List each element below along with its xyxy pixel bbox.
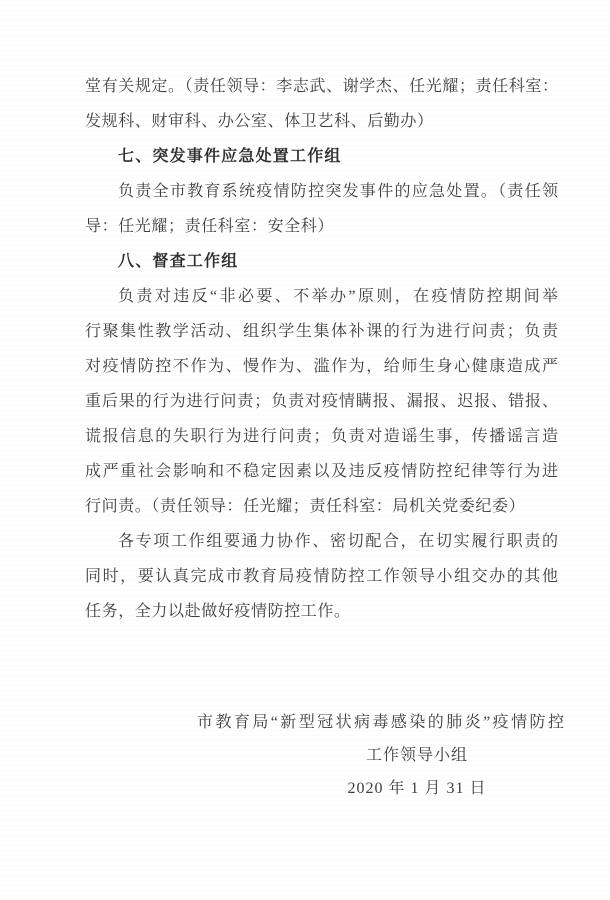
document-body: 堂有关规定。（责任领导：李志武、谢学杰、任光耀；责任科室：发规科、财审科、办公室… (85, 0, 558, 629)
section-heading: 八、督查工作组 (85, 244, 558, 279)
text-line: 负责对违反“非必要、不举办”原则，在疫情防控期间举 (85, 279, 558, 314)
signature-org-line2: 工作领导小组 (197, 739, 565, 772)
text-line: 行聚集性教学活动、组织学生集体补课的行为进行问责；负责 (85, 314, 558, 349)
signature-date: 2020 年 1 月 31 日 (197, 772, 565, 805)
text-line: 成严重社会影响和不稳定因素以及违反疫情防控纪律等行为进 (85, 454, 558, 489)
section-heading: 七、突发事件应急处置工作组 (85, 139, 558, 174)
text-line: 导：任光耀；责任科室：安全科） (85, 209, 558, 244)
text-line: 各专项工作组要通力协作、密切配合，在切实履行职责的 (85, 524, 558, 559)
text-line: 同时，要认真完成市教育局疫情防控工作领导小组交办的其他 (85, 559, 558, 594)
text-line: 谎报信息的失职行为进行问责；负责对造谣生事，传播谣言造 (85, 419, 558, 454)
text-line: 任务，全力以赴做好疫情防控工作。 (85, 594, 558, 629)
text-line: 重后果的行为进行问责；负责对疫情瞒报、漏报、迟报、错报、 (85, 384, 558, 419)
text-line: 负责全市教育系统疫情防控突发事件的应急处置。（责任领 (85, 174, 558, 209)
text-line: 行问责。（责任领导：任光耀；责任科室：局机关党委纪委） (85, 489, 558, 524)
signature-org-line1: 市教育局“新型冠状病毒感染的肺炎”疫情防控 (197, 706, 565, 739)
text-line: 发规科、财审科、办公室、体卫艺科、后勤办） (85, 104, 558, 139)
text-line: 堂有关规定。（责任领导：李志武、谢学杰、任光耀；责任科室： (85, 69, 558, 104)
text-line: 对疫情防控不作为、慢作为、滥作为，给师生身心健康造成严 (85, 349, 558, 384)
document-page: 堂有关规定。（责任领导：李志武、谢学杰、任光耀；责任科室：发规科、财审科、办公室… (0, 0, 610, 900)
signature-block: 市教育局“新型冠状病毒感染的肺炎”疫情防控 工作领导小组 2020 年 1 月 … (197, 706, 565, 805)
